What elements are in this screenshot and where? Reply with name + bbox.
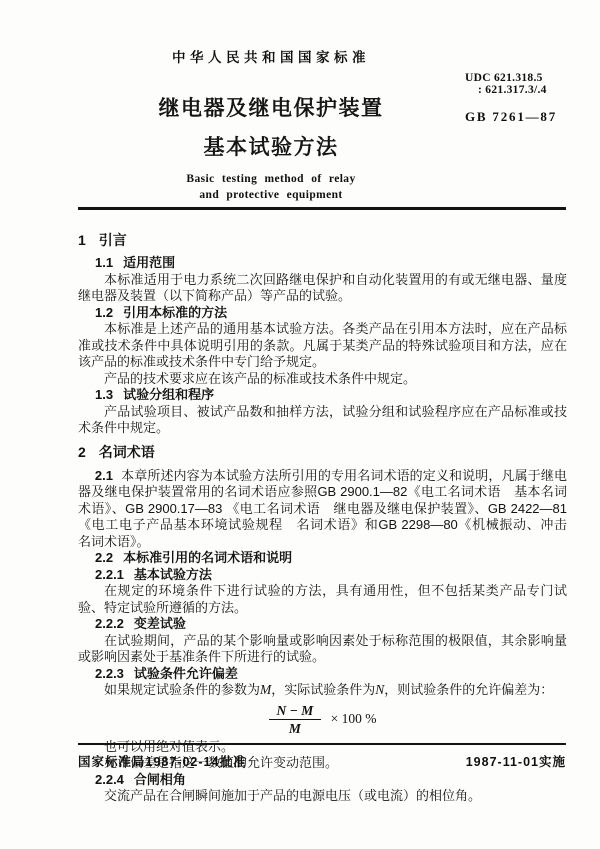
paragraph-scope: 本标准适用于电力系统二次回路继电保护和自动化装置用的有或无继电器、量度继电器及装… <box>78 272 567 305</box>
subsection-number: 2.2.3 <box>95 666 124 681</box>
subsection-heading-2-2-2: 2.2.2变差试验 <box>78 616 567 633</box>
subsection-heading-2-2-4: 2.2.4合闸相角 <box>78 772 567 789</box>
section-heading-2: 2名词术语 <box>78 443 567 462</box>
udc-code-line1: UDC 621.318.5 <box>465 72 590 84</box>
document-title-en: Basic testing method of relay and protec… <box>78 171 464 203</box>
section-title: 引言 <box>99 232 127 248</box>
tolerance-text-part: 如果规定试验条件的参数为 <box>104 682 260 697</box>
subsection-number: 1.2 <box>95 305 113 320</box>
subsection-number: 1.3 <box>95 387 113 402</box>
header-divider-rule <box>78 207 566 210</box>
udc-code-line2: : 621.317.3/.4 <box>465 84 590 96</box>
subsection-number: 2.2.1 <box>95 567 124 582</box>
subsection-number: 2.2.2 <box>95 616 124 631</box>
subsection-title: 变差试验 <box>134 616 186 631</box>
paragraph-terminology-references: 2.1本章所述内容为本试验方法所引用的专用名词术语的定义和说明，凡属于继电器及继… <box>78 468 567 551</box>
section-heading-1: 1引言 <box>78 231 567 250</box>
document-title-en-line2: and protective equipment <box>78 187 464 203</box>
standard-number: GB 7261—87 <box>465 109 590 125</box>
subsection-heading-1-3: 1.3试验分组和程序 <box>78 387 567 404</box>
subsection-heading-1-2: 1.2引用本标准的方法 <box>78 305 567 322</box>
document-title-en-line1: Basic testing method of relay <box>78 171 464 187</box>
subsection-title: 试验条件允许偏差 <box>134 666 238 681</box>
document-title-cn-line2: 基本试验方法 <box>78 131 464 161</box>
paragraph-variation-test-def: 在试验期间，产品的某个影响量或影响因素处于标称范围的极限值，其余影响量或影响因素… <box>78 633 567 666</box>
subsection-number: 2.2.4 <box>95 772 124 787</box>
subsection-title: 合闸相角 <box>134 772 186 787</box>
subsection-heading-2-2-3: 2.2.3试验条件允许偏差 <box>78 666 567 683</box>
clause-number: 2.1 <box>95 468 113 483</box>
clause-text: 本章所述内容为本试验方法所引用的专用名词术语的定义和说明，凡属于继电器及继电保护… <box>78 468 580 549</box>
footer-approval-date: 国家标准局1987-02-14批准 <box>78 752 246 770</box>
fraction-numerator: N − M <box>269 703 322 720</box>
paragraph-tolerance-definition: 如果规定试验条件的参数为M，实际试验条件为N，则试验条件的允许偏差为： <box>78 682 567 699</box>
variable-n: N <box>375 682 384 697</box>
subsection-number: 2.2 <box>95 550 113 565</box>
subsection-heading-2-2: 2.2本标准引用的名词术语和说明 <box>78 550 567 567</box>
tolerance-text-part: ，则试验条件的允许偏差为： <box>384 682 553 697</box>
fraction: N − M M <box>269 703 322 736</box>
section-number: 2 <box>78 444 86 460</box>
document-body: 1引言 1.1适用范围 本标准适用于电力系统二次回路继电保护和自动化装置用的有或… <box>78 228 567 805</box>
fraction-denominator: M <box>269 720 322 736</box>
section-number: 1 <box>78 232 86 248</box>
section-title: 名词术语 <box>99 444 155 460</box>
paragraph-closing-angle-def: 交流产品在合闸瞬间施加于产品的电源电压（或电流）的相位角。 <box>78 788 567 805</box>
subsection-title: 适用范围 <box>123 255 175 270</box>
subsection-number: 1.1 <box>95 255 113 270</box>
subsection-title: 引用本标准的方法 <box>123 305 227 320</box>
national-standard-label: 中华人民共和国国家标准 <box>78 46 464 66</box>
subsection-heading-1-1: 1.1适用范围 <box>78 255 567 272</box>
document-page: 中华人民共和国国家标准 继电器及继电保护装置 基本试验方法 Basic test… <box>0 0 600 849</box>
paragraph-basic-test-method-def: 在规定的环境条件下进行试验的方法，具有通用性，但不包括某类产品专门试验、特定试验… <box>78 583 567 616</box>
subsection-title: 试验分组和程序 <box>123 387 214 402</box>
tolerance-formula: N − M M × 100 % <box>78 703 567 736</box>
document-title-cn-line1: 继电器及继电保护装置 <box>78 92 464 122</box>
paragraph-technical-requirements: 产品的技术要求应在该产品的标准或技术条件中规定。 <box>78 371 567 388</box>
paragraph-citation-method: 本标准是上述产品的通用基本试验方法。各类产品在引用本方法时，应在产品标准或技术条… <box>78 321 567 371</box>
footer: 国家标准局1987-02-14批准 1987-11-01实施 <box>78 743 566 770</box>
subsection-heading-2-2-1: 2.2.1基本试验方法 <box>78 567 567 584</box>
variable-m: M <box>260 682 271 697</box>
header-title-block: 中华人民共和国国家标准 继电器及继电保护装置 基本试验方法 Basic test… <box>78 46 464 203</box>
classification-block: UDC 621.318.5 : 621.317.3/.4 GB 7261—87 <box>465 72 590 125</box>
subsection-title: 本标准引用的名词术语和说明 <box>123 550 292 565</box>
paragraph-test-grouping: 产品试验项目、被试产品数和抽样方法，试验分组和试验程序应在产品标准或技术条件中规… <box>78 404 567 437</box>
tolerance-text-part: ，实际试验条件为 <box>271 682 375 697</box>
subsection-title: 基本试验方法 <box>134 567 212 582</box>
formula-multiplier: × 100 % <box>331 711 377 726</box>
footer-effective-date: 1987-11-01实施 <box>466 752 566 770</box>
